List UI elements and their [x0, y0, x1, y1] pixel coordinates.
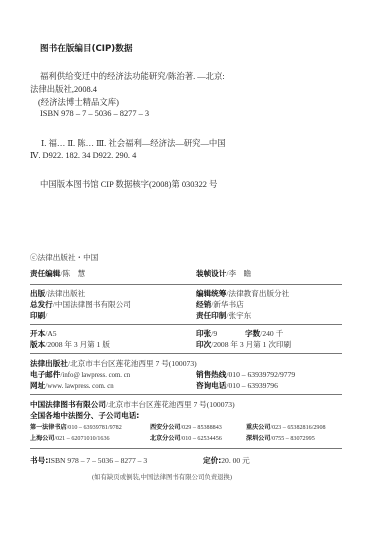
sheets-row: 印张/9	[196, 328, 217, 339]
branch-item: 西安分公司/029 – 85388843	[150, 422, 222, 431]
print-manager-row: 责任印制/张宇东	[196, 310, 251, 321]
edition-row: 版本/2008 年 3 月第 1 版	[30, 339, 110, 350]
words-value: 240 千	[262, 329, 283, 338]
isbn-value: ISBN 978 – 7 – 5036 – 8277 – 3	[48, 456, 147, 465]
print-manager-value: 张宇东	[229, 311, 252, 320]
edition-value: 2008 年 3 月第 1 版	[47, 340, 110, 349]
cip-subject-line-1: Ⅰ. 福… Ⅱ. 陈… Ⅲ. 社会福利—经济法—研究—中国	[41, 137, 226, 149]
format-value: A5	[47, 329, 56, 338]
words-row: 字数/240 千	[245, 328, 283, 339]
divider	[30, 324, 342, 325]
editor-row: 责任编辑/陈 慧	[30, 268, 85, 279]
cip-isbn-line: ISBN 978 – 7 – 5036 – 8277 – 3	[40, 109, 149, 118]
sheets-value: 9	[213, 329, 217, 338]
cip-subject-line-2: Ⅳ. D922. 182. 34 D922. 290. 4	[30, 150, 136, 160]
address-row: 法律出版社/北京市丰台区莲花池西里 7 号(100073)	[30, 358, 197, 369]
divider	[30, 353, 342, 354]
distribution-company-row: 中国法律图书有限公司/北京市丰台区莲花池西里 7 号(100073)	[30, 399, 235, 410]
cip-series-line: (经济法博士精品文库)	[38, 96, 119, 108]
branch-item: 重庆公司/023 – 65382816/2908	[246, 422, 326, 431]
divider	[30, 448, 342, 449]
designer-label: 装帧设计	[196, 269, 226, 278]
cip-publisher-line: 法律出版社,2008.4	[30, 83, 97, 95]
distributor-value: 中国法律图书有限公司	[55, 300, 131, 309]
cip-library-record: 中国版本图书馆 CIP 数据核字(2008)第 030322 号	[40, 178, 217, 190]
sales-hotline-row: 销售热线/010 – 63939792/9779	[196, 369, 295, 380]
divider	[30, 284, 342, 285]
email-value: info@ lawpress. com. cn	[63, 372, 131, 379]
format-row: 开本/A5	[30, 328, 57, 339]
price-value: 20. 00 元	[221, 456, 249, 465]
return-notice: (如有缺页或倒装,中国法律图书有限公司负责退换)	[92, 472, 232, 481]
editor-label: 责任编辑	[30, 269, 60, 278]
designer-value: 李 瞻	[229, 269, 252, 278]
editor-value: 陈 慧	[63, 269, 86, 278]
coordinator-row: 编辑统筹/法律教育出版分社	[196, 288, 289, 299]
branch-item: 深圳公司/0755 – 83072995	[246, 433, 315, 442]
printer-row: 印刷/	[30, 310, 47, 321]
printing-value: 2008 年 3 月第 1 次印刷	[213, 340, 291, 349]
seller-value: 新华书店	[213, 300, 243, 309]
inquiry-phone-row: 咨询电话/010 – 63939796	[196, 380, 278, 391]
printing-row: 印次/2008 年 3 月第 1 次印刷	[196, 339, 291, 350]
website-value: www. lawpress. com. cn	[47, 383, 113, 390]
copyright-notice: ⓒ法律出版社・中国	[30, 252, 98, 263]
isbn-row: 书号:ISBN 978 – 7 – 5036 – 8277 – 3	[30, 455, 147, 466]
price-row: 定价:20. 00 元	[203, 455, 250, 466]
divider	[30, 394, 342, 395]
website-row: 网址/www. lawpress. com. cn	[30, 380, 114, 391]
branches-heading: 全国各地中法图分、子公司电话:	[30, 410, 139, 421]
sales-hotline-value: 010 – 63939792/9779	[229, 370, 296, 379]
cip-title-line: 福利供给变迁中的经济法功能研究/陈治著. —北京:	[40, 70, 225, 82]
publisher-row: 出版/法律出版社	[30, 288, 85, 299]
branch-item: 上海公司/021 – 62071010/1636	[30, 433, 110, 442]
cip-heading: 图书在版编目(CIP)数据	[40, 42, 132, 54]
branch-item: 第一法律书店/010 – 63939781/9782	[30, 422, 122, 431]
email-row: 电子邮件/info@ lawpress. com. cn	[30, 369, 130, 380]
distribution-company-value: 北京市丰台区莲花池西里 7 号(100073)	[108, 400, 235, 409]
seller-row: 经销/新华书店	[196, 299, 244, 310]
designer-row: 装帧设计/李 瞻	[196, 268, 251, 279]
inquiry-phone-value: 010 – 63939796	[229, 381, 278, 390]
address-value: 北京市丰台区莲花池西里 7 号(100073)	[70, 359, 197, 368]
coordinator-value: 法律教育出版分社	[229, 289, 290, 298]
publisher-value: 法律出版社	[47, 289, 85, 298]
branch-item: 北京分公司/010 – 62534456	[150, 433, 222, 442]
distributor-row: 总发行/中国法律图书有限公司	[30, 299, 131, 310]
